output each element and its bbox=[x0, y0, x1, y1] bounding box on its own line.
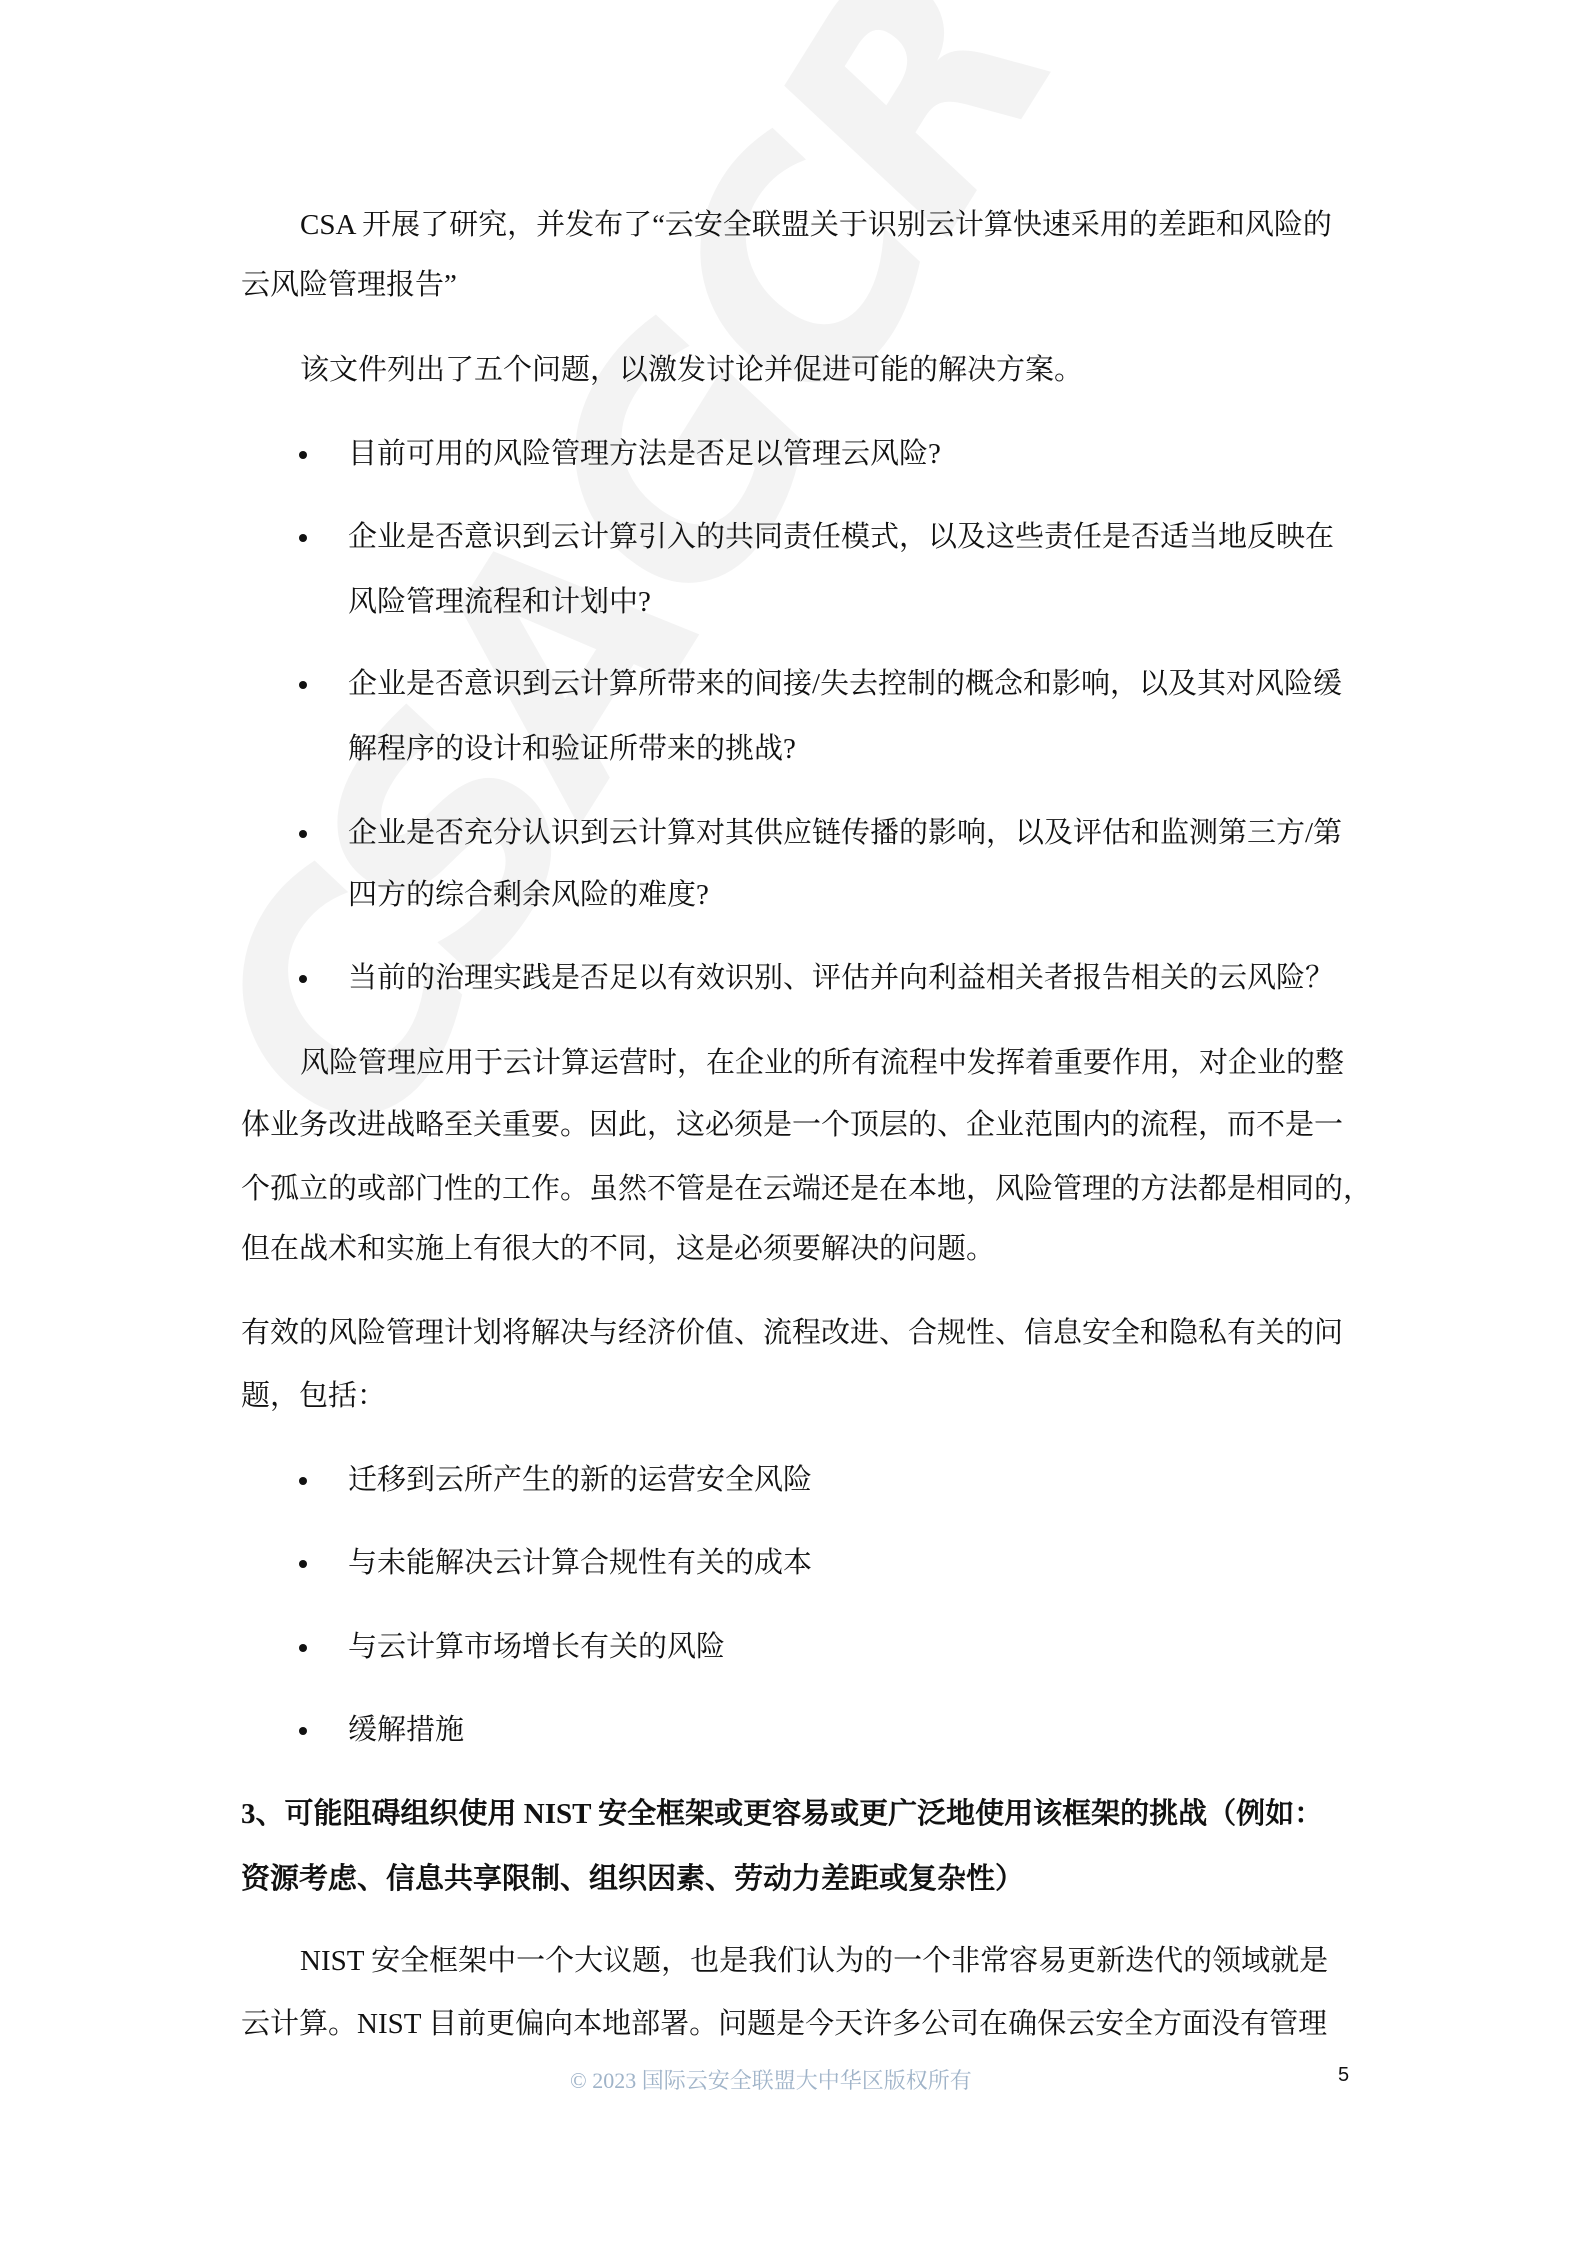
bullet-icon bbox=[299, 534, 307, 542]
bullet-icon bbox=[299, 1477, 307, 1485]
risk-mgmt-line-4: 但在战术和实施上有很大的不同，这是必须要解决的问题。 bbox=[241, 1231, 995, 1267]
bullet-icon bbox=[299, 1560, 307, 1568]
effective-plan-line-1: 有效的风险管理计划将解决与经济价值、流程改进、合规性、信息安全和隐私有关的问 bbox=[241, 1315, 1343, 1351]
bullet-icon bbox=[299, 830, 307, 838]
plan-item-2: 与未能解决云计算合规性有关的成本 bbox=[348, 1545, 812, 1581]
section-heading-3-line-1: 3、可能阻碍组织使用 NIST 安全框架或更容易或更广泛地使用该框架的挑战（例如… bbox=[241, 1796, 1323, 1832]
page-number: 5 bbox=[1338, 2064, 1349, 2087]
document-page: CSAGCR CSA 开展了研究，并发布了“云安全联盟关于识别云计算快速采用的差… bbox=[0, 0, 1586, 2244]
effective-plan-line-2: 题，包括： bbox=[241, 1378, 386, 1414]
bullet-icon bbox=[299, 681, 307, 689]
question-1: 目前可用的风险管理方法是否足以管理云风险? bbox=[348, 436, 941, 472]
question-3-line-1: 企业是否意识到云计算所带来的间接/失去控制的概念和影响，以及其对风险缓 bbox=[348, 666, 1342, 702]
risk-mgmt-line-3: 个孤立的或部门性的工作。虽然不管是在云端还是在本地，风险管理的方法都是相同的， bbox=[241, 1171, 1372, 1207]
question-3-line-2: 解程序的设计和验证所带来的挑战? bbox=[348, 731, 796, 767]
plan-item-4: 缓解措施 bbox=[348, 1712, 464, 1748]
bullet-icon bbox=[299, 1727, 307, 1735]
risk-mgmt-line-2: 体业务改进战略至关重要。因此，这必须是一个顶层的、企业范围内的流程，而不是一 bbox=[241, 1107, 1343, 1143]
question-5: 当前的治理实践是否足以有效识别、评估并向利益相关者报告相关的云风险？ bbox=[348, 960, 1334, 996]
question-4-line-2: 四方的综合剩余风险的难度? bbox=[348, 877, 709, 913]
intro-line-2: 云风险管理报告” bbox=[241, 267, 457, 303]
bullet-icon bbox=[299, 1644, 307, 1652]
nist-line-2: 云计算。NIST 目前更偏向本地部署。问题是今天许多公司在确保云安全方面没有管理 bbox=[241, 2006, 1327, 2042]
question-4-line-1: 企业是否充分认识到云计算对其供应链传播的影响，以及评估和监测第三方/第 bbox=[348, 815, 1342, 851]
bullet-icon bbox=[299, 975, 307, 983]
plan-item-3: 与云计算市场增长有关的风险 bbox=[348, 1629, 725, 1665]
plan-item-1: 迁移到云所产生的新的运营安全风险 bbox=[348, 1462, 812, 1498]
question-2-line-2: 风险管理流程和计划中? bbox=[348, 584, 651, 620]
nist-line-1: NIST 安全框架中一个大议题，也是我们认为的一个非常容易更新迭代的领域就是 bbox=[300, 1943, 1328, 1979]
bullet-icon bbox=[299, 451, 307, 459]
intro-line-1: CSA 开展了研究，并发布了“云安全联盟关于识别云计算快速采用的差距和风险的 bbox=[300, 207, 1332, 243]
question-2-line-1: 企业是否意识到云计算引入的共同责任模式，以及这些责任是否适当地反映在 bbox=[348, 519, 1334, 555]
copyright-footer: © 2023 国际云安全联盟大中华区版权所有 bbox=[570, 2064, 972, 2095]
questions-intro: 该文件列出了五个问题，以激发讨论并促进可能的解决方案。 bbox=[300, 352, 1083, 388]
section-heading-3-line-2: 资源考虑、信息共享限制、组织因素、劳动力差距或复杂性） bbox=[241, 1861, 1024, 1897]
risk-mgmt-line-1: 风险管理应用于云计算运营时，在企业的所有流程中发挥着重要作用，对企业的整 bbox=[300, 1045, 1344, 1081]
